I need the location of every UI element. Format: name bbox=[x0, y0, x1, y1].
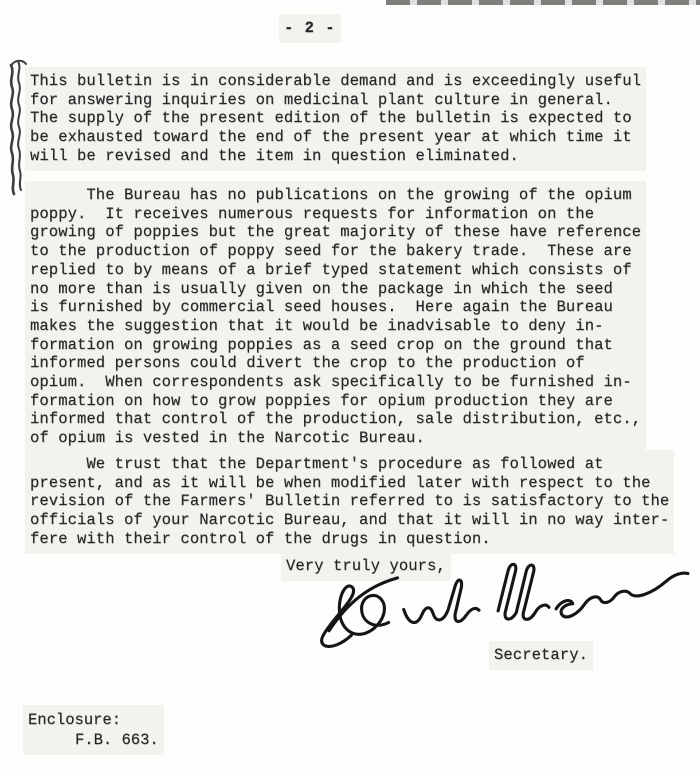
enclosure-block: Enclosure: F.B. 663. bbox=[28, 710, 159, 750]
enclosure-label: Enclosure: bbox=[28, 710, 159, 730]
paragraph-3: We trust that the Department's procedure… bbox=[30, 455, 669, 549]
page-number: - 2 - bbox=[284, 19, 336, 38]
signer-title: Secretary. bbox=[494, 646, 588, 665]
paragraph-1: This bulletin is in considerable demand … bbox=[30, 72, 641, 166]
margin-squiggle-mark bbox=[1, 58, 31, 200]
paragraph-2: The Bureau has no publications on the gr… bbox=[30, 186, 641, 448]
scanned-letter-page: - 2 - This bulletin is in considerable d… bbox=[0, 0, 700, 770]
scan-edge-artifact bbox=[386, 0, 700, 5]
enclosure-item: F.B. 663. bbox=[75, 730, 159, 750]
